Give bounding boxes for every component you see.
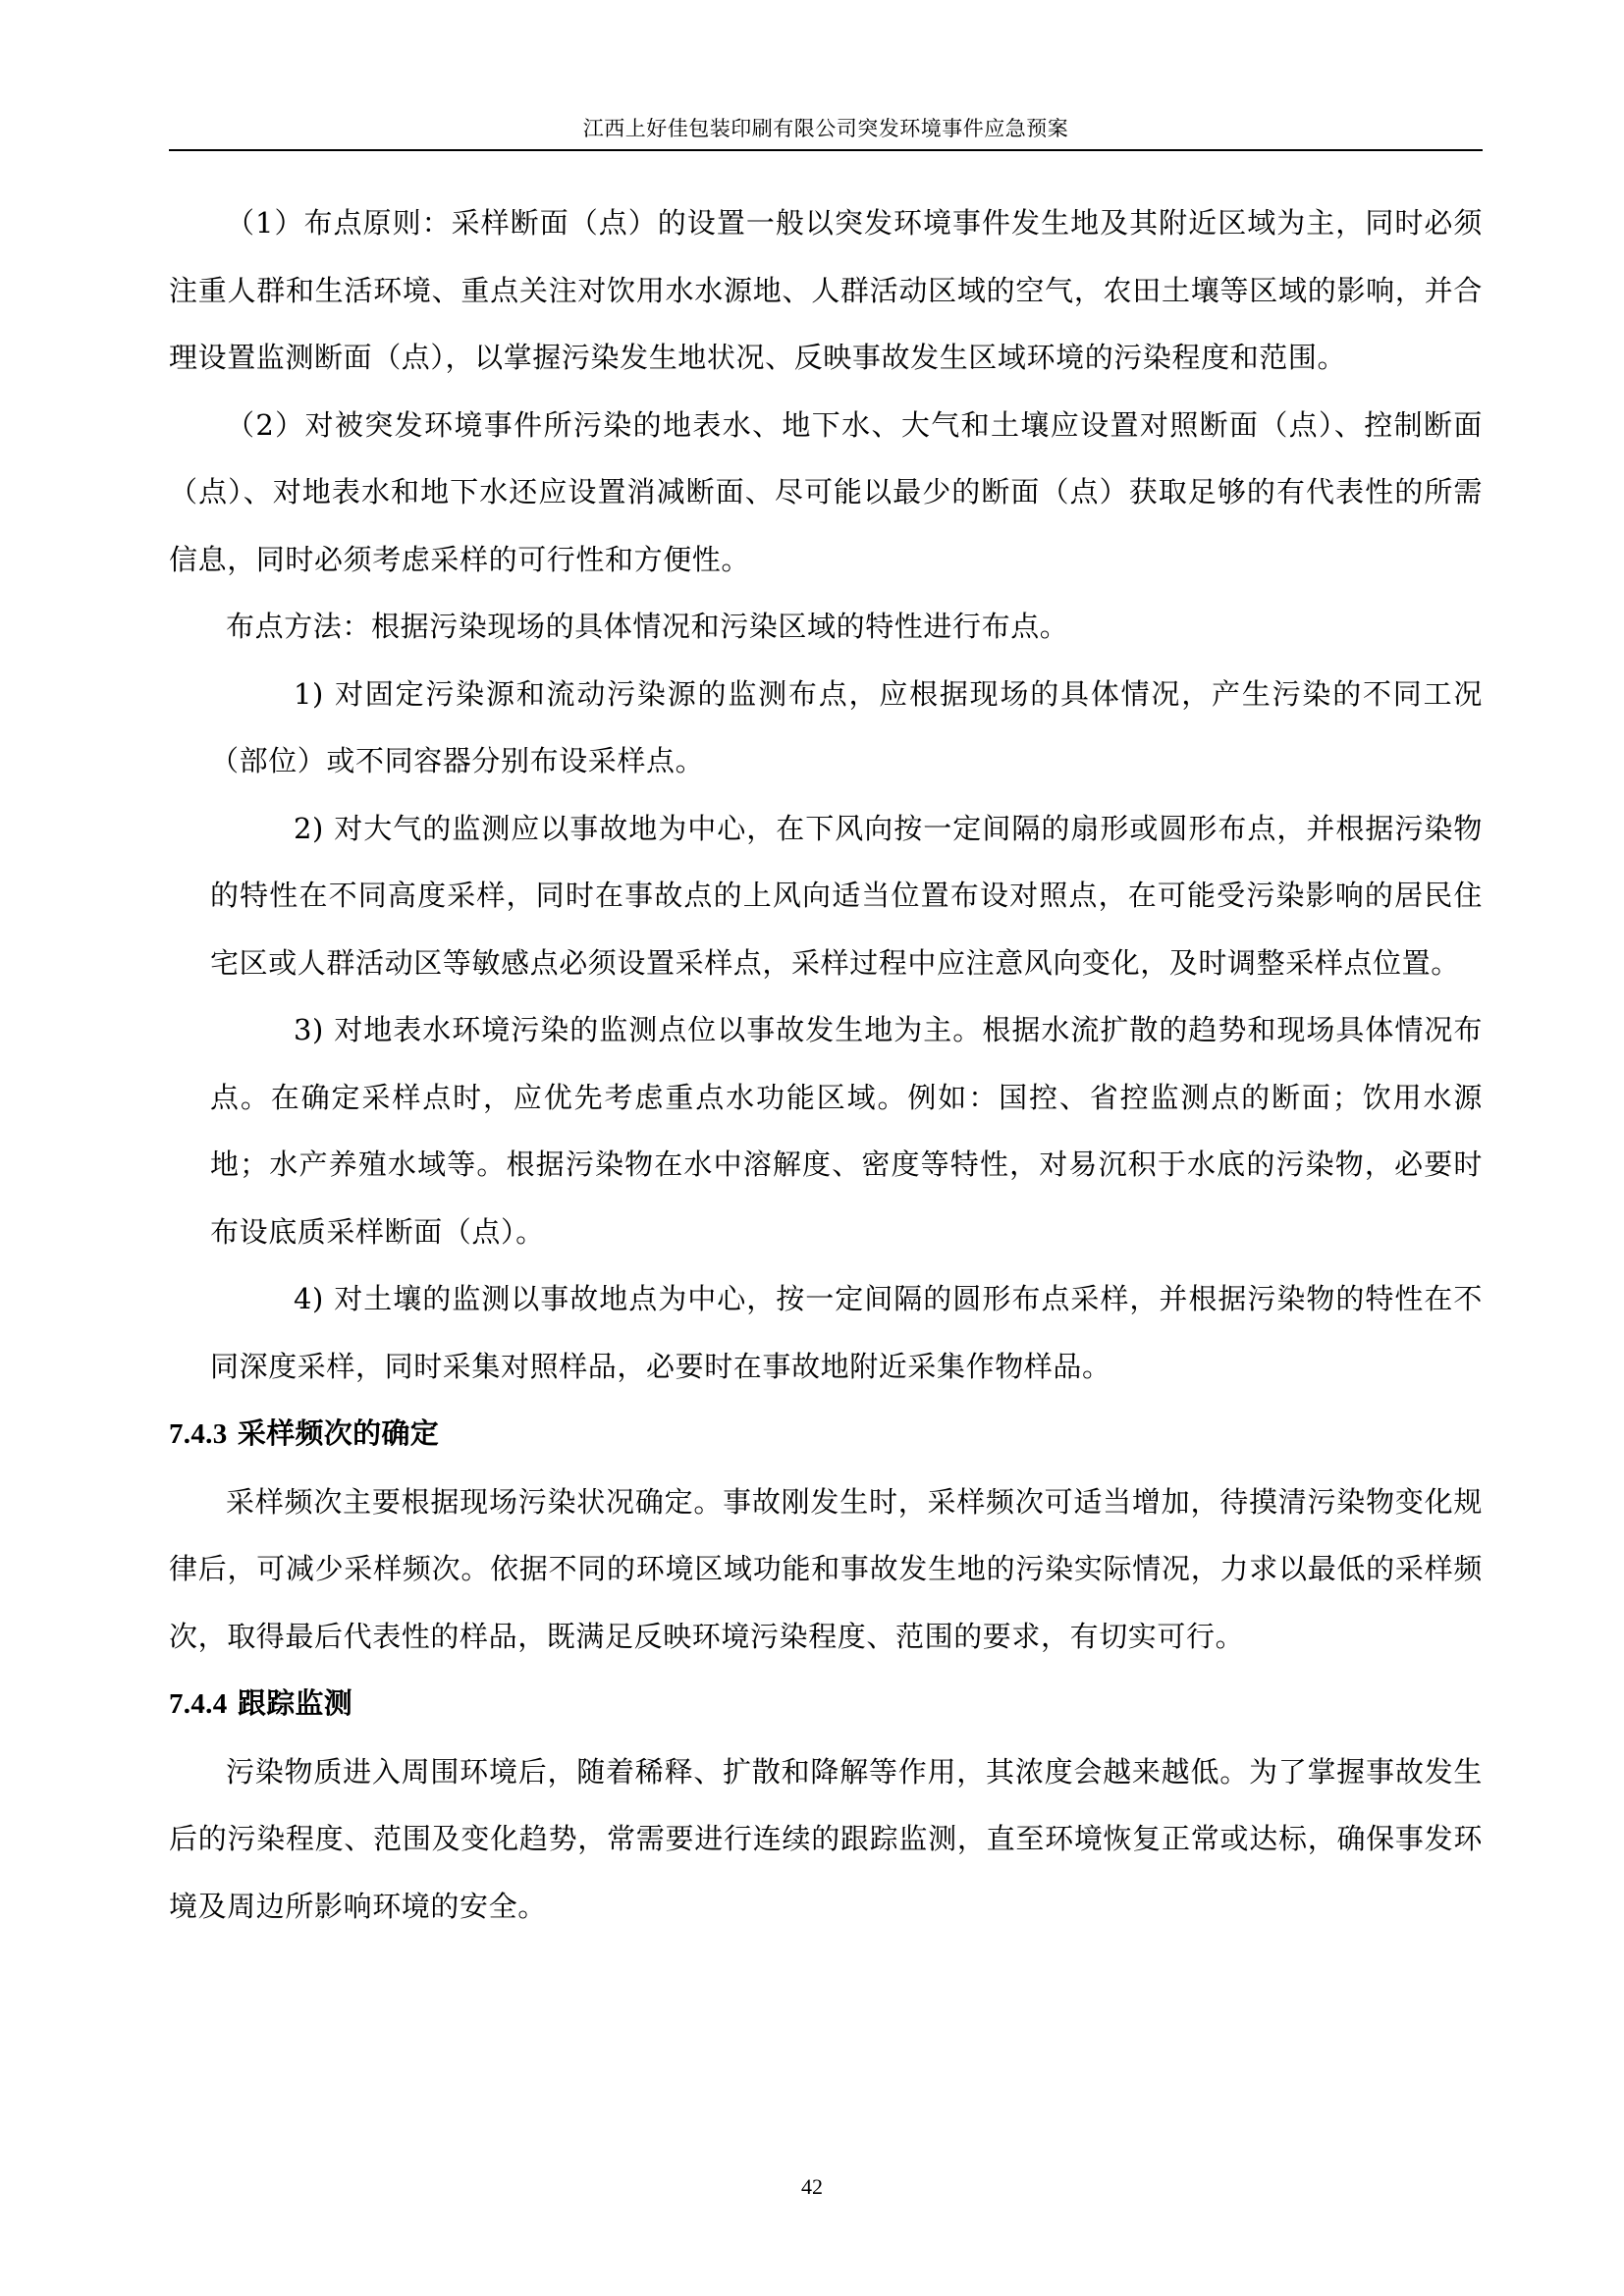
paragraph-layout-method-intro: 布点方法：根据污染现场的具体情况和污染区域的特性进行布点。: [169, 593, 1483, 661]
section-title: 跟踪监测: [238, 1686, 352, 1720]
list-item-fixed-source: 1) 对固定污染源和流动污染源的监测布点，应根据现场的具体情况，产生污染的不同工…: [169, 661, 1483, 795]
list-item-air: 2) 对大气的监测应以事故地为中心，在下风向按一定间隔的扇形或圆形布点，并根据污…: [169, 795, 1483, 997]
list-item-text: 对土壤的监测以事故地点为中心，按一定间隔的圆形布点采样，并根据污染物的特性在不同…: [210, 1282, 1483, 1383]
list-item-soil: 4) 对土壤的监测以事故地点为中心，按一定间隔的圆形布点采样，并根据污染物的特性…: [169, 1265, 1483, 1400]
section-heading-7-4-4: 7.4.4 跟踪监测: [169, 1670, 1483, 1738]
section-number: 7.4.3: [169, 1418, 228, 1450]
list-marker: 1): [210, 677, 324, 711]
header-divider: [169, 149, 1483, 151]
document-body: （1）布点原则：采样断面（点）的设置一般以突发环境事件发生地及其附近区域为主，同…: [169, 189, 1483, 1940]
paragraph-layout-principle-2: （2）对被突发环境事件所污染的地表水、地下水、大气和土壤应设置对照断面（点）、控…: [169, 392, 1483, 594]
list-marker: 2): [210, 812, 324, 845]
list-item-text: 对固定污染源和流动污染源的监测布点，应根据现场的具体情况，产生污染的不同工况（部…: [210, 677, 1483, 778]
section-title: 采样频次的确定: [238, 1416, 439, 1450]
list-item-text: 对地表水环境污染的监测点位以事故发生地为主。根据水流扩散的趋势和现场具体情况布点…: [210, 1013, 1483, 1249]
paragraph-sampling-frequency: 采样频次主要根据现场污染状况确定。事故刚发生时，采样频次可适当增加，待摸清污染物…: [169, 1468, 1483, 1671]
list-item-text: 对大气的监测应以事故地为中心，在下风向按一定间隔的扇形或圆形布点，并根据污染物的…: [210, 812, 1483, 980]
paragraph-layout-principle-1: （1）布点原则：采样断面（点）的设置一般以突发环境事件发生地及其附近区域为主，同…: [169, 189, 1483, 392]
section-number: 7.4.4: [169, 1688, 228, 1720]
list-marker: 4): [210, 1282, 324, 1315]
section-heading-7-4-3: 7.4.3 采样频次的确定: [169, 1400, 1483, 1468]
list-item-surface-water: 3) 对地表水环境污染的监测点位以事故发生地为主。根据水流扩散的趋势和现场具体情…: [169, 996, 1483, 1265]
page-header-title: 江西上好佳包装印刷有限公司突发环境事件应急预案: [169, 114, 1483, 143]
page-number: 42: [0, 2174, 1624, 2200]
list-marker: 3): [210, 1013, 324, 1046]
paragraph-tracking-monitoring: 污染物质进入周围环境后，随着稀释、扩散和降解等作用，其浓度会越来越低。为了掌握事…: [169, 1738, 1483, 1941]
